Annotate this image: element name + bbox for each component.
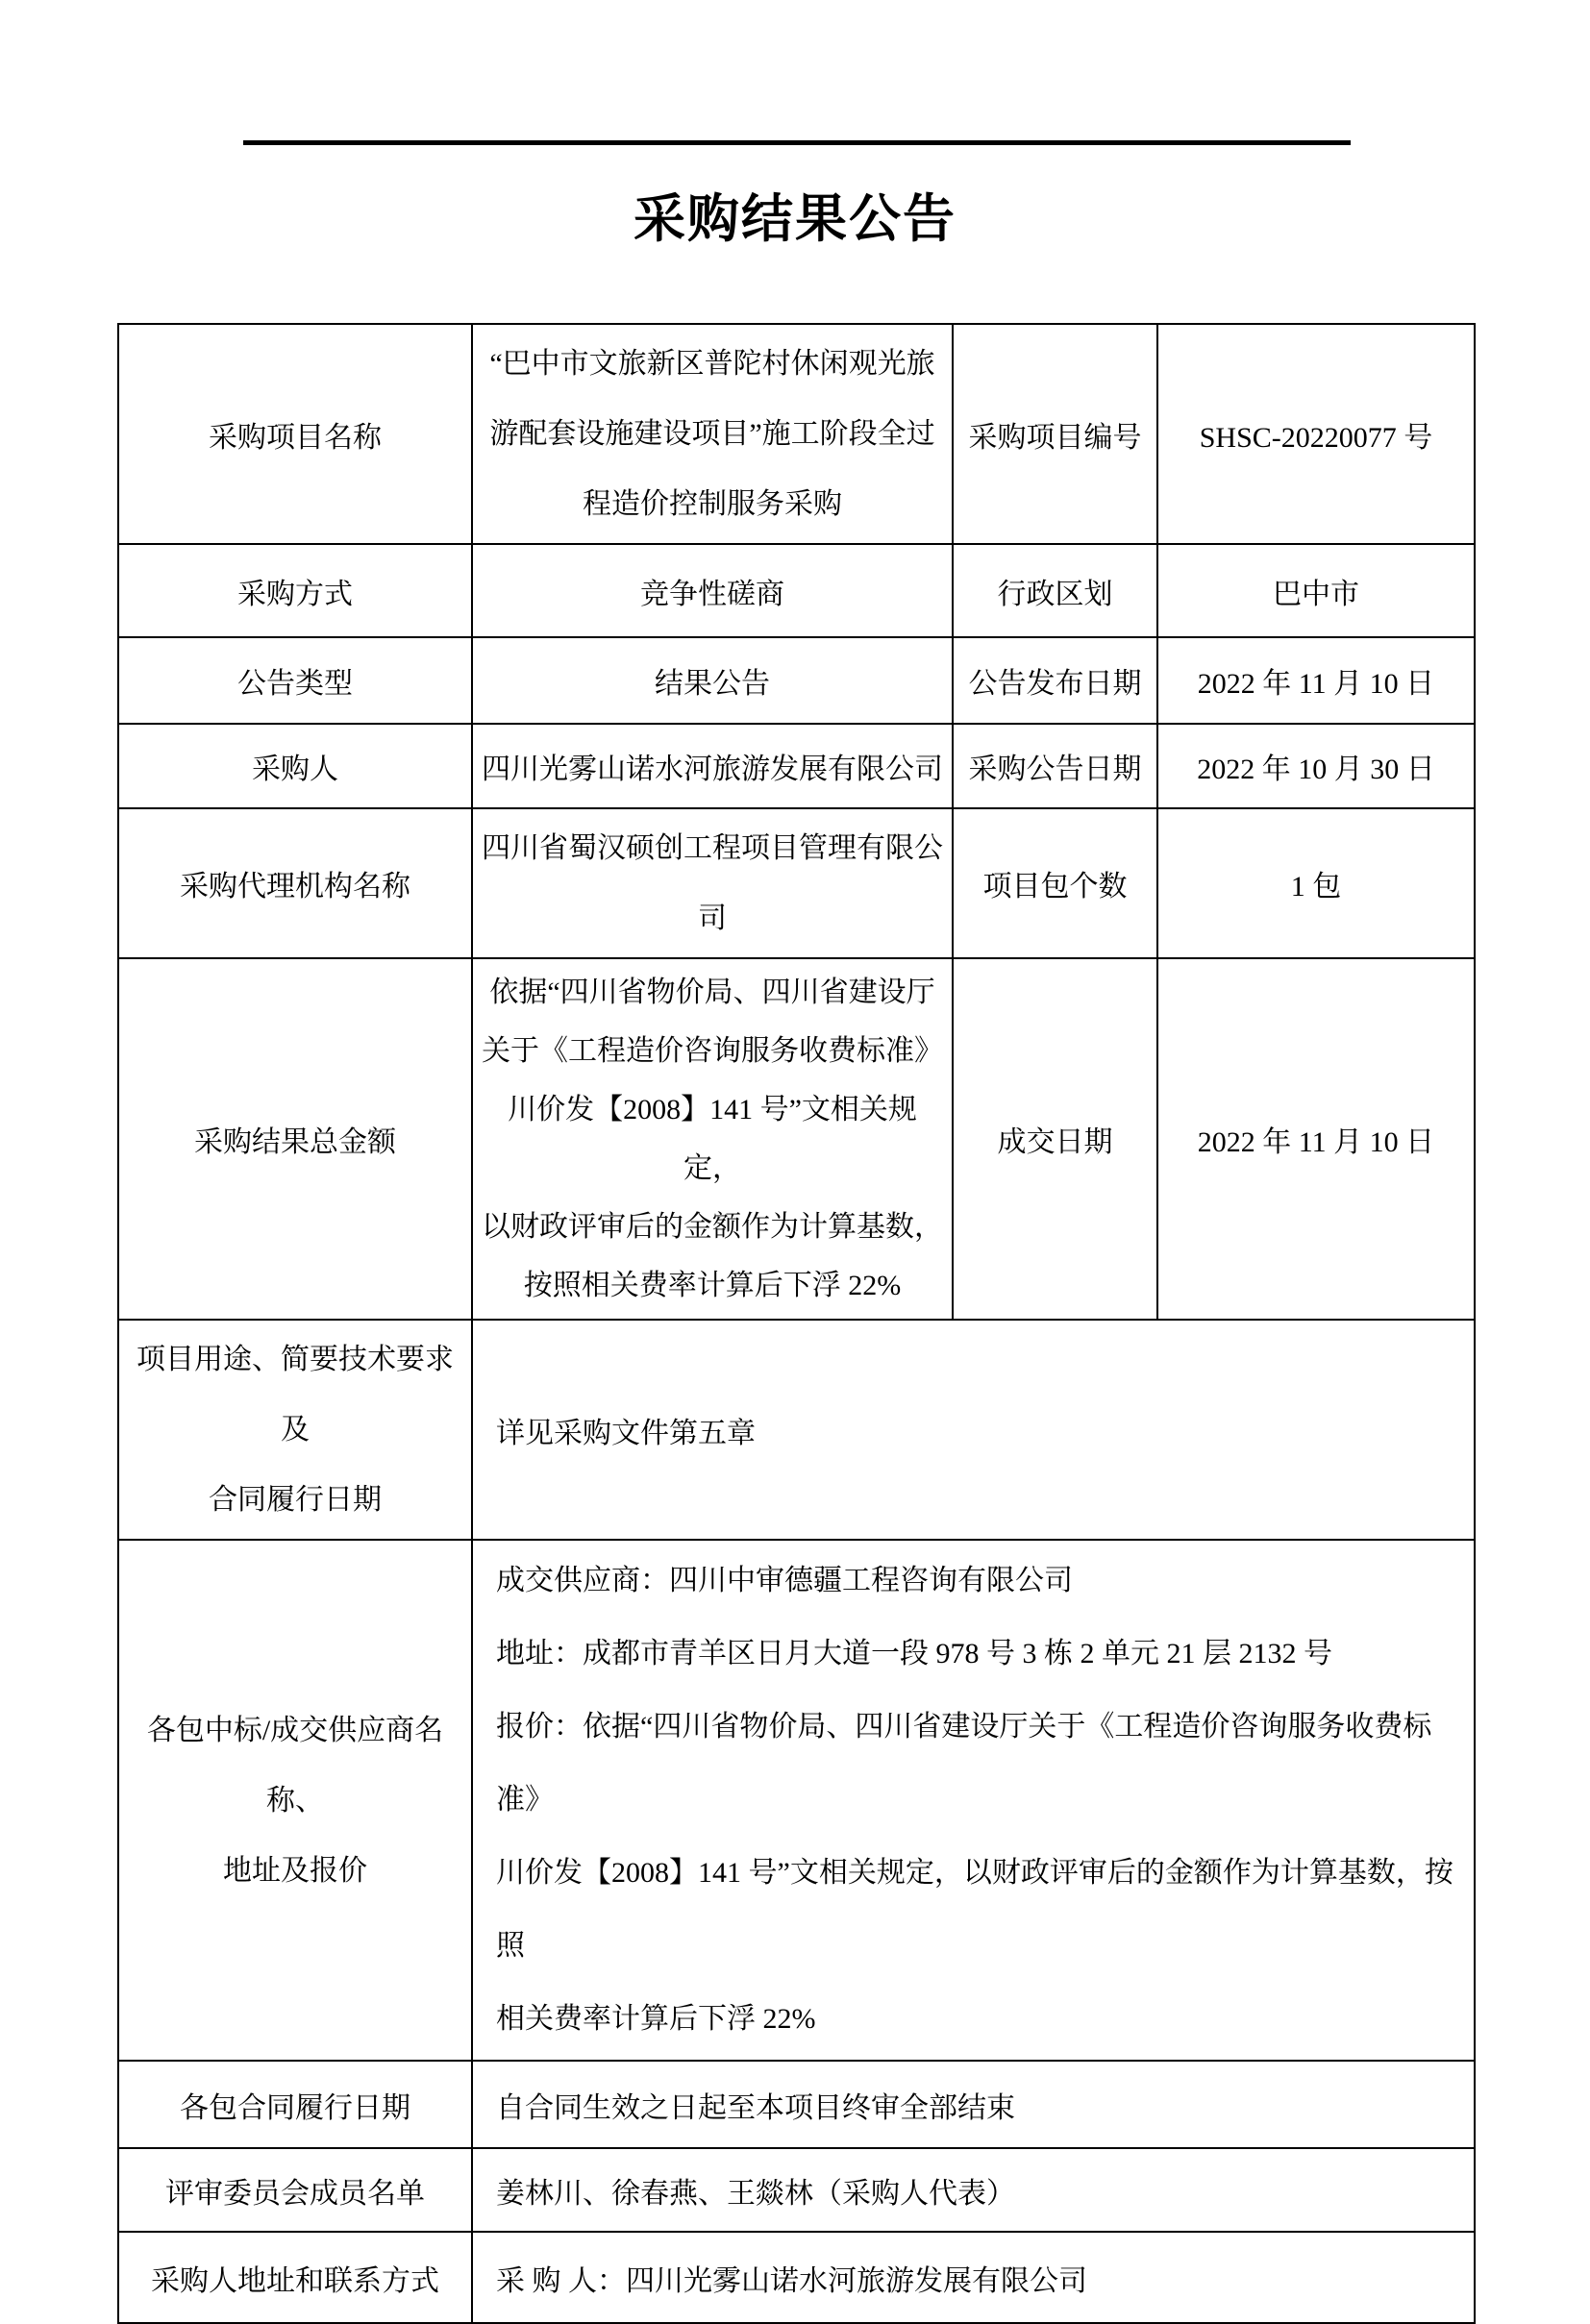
package-count-label: 项目包个数 xyxy=(953,808,1157,958)
table-row: 采购方式 竞争性磋商 行政区划 巴中市 xyxy=(118,544,1475,637)
total-amount-label: 采购结果总金额 xyxy=(118,958,472,1320)
contract-performance-value: 自合同生效之日起至本项目终审全部结束 xyxy=(472,2061,1475,2148)
page-title: 采购结果公告 xyxy=(0,178,1590,252)
deal-date-label: 成交日期 xyxy=(953,958,1157,1320)
table-row: 采购人地址和联系方式 采 购 人：四川光雾山诺水河旅游发展有限公司 xyxy=(118,2232,1475,2323)
announcement-type-label: 公告类型 xyxy=(118,637,472,724)
announcement-table: 采购项目名称 “巴中市文旅新区普陀村休闲观光旅 游配套设施建设项目”施工阶段全过… xyxy=(117,323,1476,2324)
project-purpose-label: 项目用途、简要技术要求及 合同履行日期 xyxy=(118,1320,472,1540)
publish-date-label: 公告发布日期 xyxy=(953,637,1157,724)
table-row: 采购项目名称 “巴中市文旅新区普陀村休闲观光旅 游配套设施建设项目”施工阶段全过… xyxy=(118,324,1475,544)
purchaser-label: 采购人 xyxy=(118,724,472,808)
total-amount-value: 依据“四川省物价局、四川省建设厅 关于《工程造价咨询服务收费标准》 川价发【20… xyxy=(472,958,953,1320)
review-committee-label: 评审委员会成员名单 xyxy=(118,2148,472,2232)
project-name-label: 采购项目名称 xyxy=(118,324,472,544)
purchaser-value: 四川光雾山诺水河旅游发展有限公司 xyxy=(472,724,953,808)
project-purpose-value: 详见采购文件第五章 xyxy=(472,1320,1475,1540)
table-row: 采购结果总金额 依据“四川省物价局、四川省建设厅 关于《工程造价咨询服务收费标准… xyxy=(118,958,1475,1320)
announcement-type-value: 结果公告 xyxy=(472,637,953,724)
admin-region-value: 巴中市 xyxy=(1157,544,1475,637)
review-committee-value: 姜林川、徐春燕、王燚林（采购人代表） xyxy=(472,2148,1475,2232)
project-number-label: 采购项目编号 xyxy=(953,324,1157,544)
table-row: 各包合同履行日期 自合同生效之日起至本项目终审全部结束 xyxy=(118,2061,1475,2148)
project-name-value: “巴中市文旅新区普陀村休闲观光旅 游配套设施建设项目”施工阶段全过 程造价控制服… xyxy=(472,324,953,544)
package-count-value: 1 包 xyxy=(1157,808,1475,958)
purchaser-contact-value: 采 购 人：四川光雾山诺水河旅游发展有限公司 xyxy=(472,2232,1475,2323)
publish-date-value: 2022 年 11 月 10 日 xyxy=(1157,637,1475,724)
purchaser-contact-label: 采购人地址和联系方式 xyxy=(118,2232,472,2323)
table-row: 公告类型 结果公告 公告发布日期 2022 年 11 月 10 日 xyxy=(118,637,1475,724)
winning-supplier-label: 各包中标/成交供应商名称、 地址及报价 xyxy=(118,1540,472,2061)
contract-performance-label: 各包合同履行日期 xyxy=(118,2061,472,2148)
table-row: 评审委员会成员名单 姜林川、徐春燕、王燚林（采购人代表） xyxy=(118,2148,1475,2232)
procurement-agency-label: 采购代理机构名称 xyxy=(118,808,472,958)
procurement-agency-value: 四川省蜀汉硕创工程项目管理有限公 司 xyxy=(472,808,953,958)
procurement-method-value: 竞争性磋商 xyxy=(472,544,953,637)
table-row: 项目用途、简要技术要求及 合同履行日期 详见采购文件第五章 xyxy=(118,1320,1475,1540)
table-row: 采购代理机构名称 四川省蜀汉硕创工程项目管理有限公 司 项目包个数 1 包 xyxy=(118,808,1475,958)
deal-date-value: 2022 年 11 月 10 日 xyxy=(1157,958,1475,1320)
winning-supplier-value: 成交供应商：四川中审德疆工程咨询有限公司 地址：成都市青羊区日月大道一段 978… xyxy=(472,1540,1475,2061)
title-rule xyxy=(243,140,1351,145)
procurement-announce-date-value: 2022 年 10 月 30 日 xyxy=(1157,724,1475,808)
table-row: 各包中标/成交供应商名称、 地址及报价 成交供应商：四川中审德疆工程咨询有限公司… xyxy=(118,1540,1475,2061)
procurement-method-label: 采购方式 xyxy=(118,544,472,637)
procurement-announce-date-label: 采购公告日期 xyxy=(953,724,1157,808)
admin-region-label: 行政区划 xyxy=(953,544,1157,637)
table-row: 采购人 四川光雾山诺水河旅游发展有限公司 采购公告日期 2022 年 10 月 … xyxy=(118,724,1475,808)
project-number-value: SHSC-20220077 号 xyxy=(1157,324,1475,544)
